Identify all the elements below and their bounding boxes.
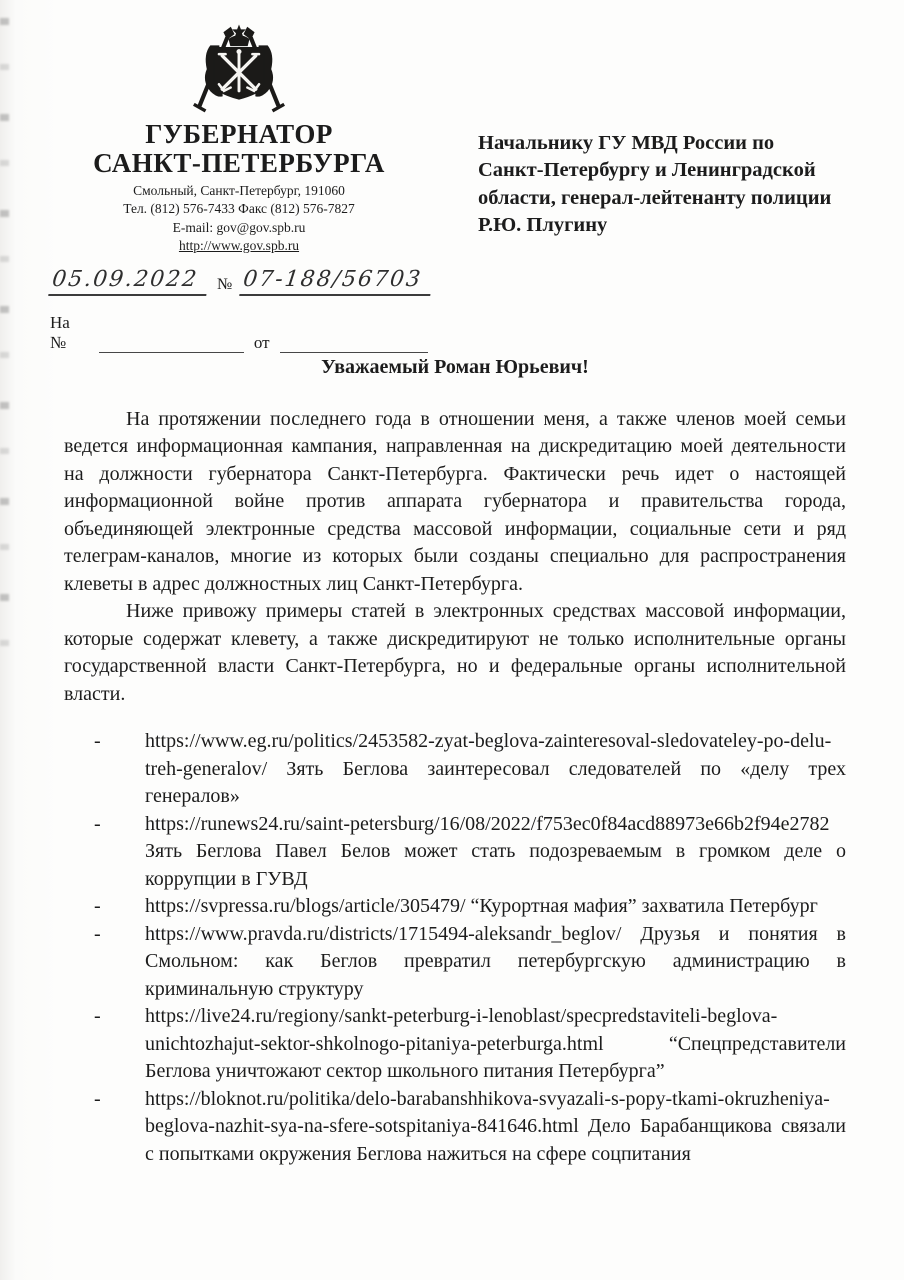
list-dash-marker: - [94, 728, 101, 756]
article-link-text: https://www.eg.ru/politics/2453582-zyat-… [145, 730, 846, 807]
recipient-name: Р.Ю. Плугину [478, 212, 856, 239]
org-phone-fax: Тел. (812) 576-7433 Факс (812) 576-7827 [50, 200, 428, 217]
salutation: Уважаемый Роман Юрьевич! [64, 354, 846, 382]
letterhead: ГУБЕРНАТОР САНКТ-ПЕТЕРБУРГА Смольный, Са… [50, 24, 428, 353]
article-link-text: https://bloknot.ru/politika/delo-baraban… [145, 1088, 846, 1165]
org-address: Смольный, Санкт-Петербург, 191060 [50, 182, 428, 199]
article-link-text: https://runews24.ru/saint-petersburg/16/… [145, 813, 846, 890]
letter-body: Уважаемый Роман Юрьевич! На протяжении п… [64, 340, 846, 1168]
list-dash-marker: - [94, 811, 101, 839]
article-link-text: https://svpressa.ru/blogs/article/305479… [145, 895, 818, 917]
recipient-block: Начальнику ГУ МВД России по Санкт-Петерб… [478, 130, 856, 239]
list-dash-marker: - [94, 921, 101, 949]
list-dash-marker: - [94, 893, 101, 921]
outgoing-reference-line: 05.09.2022 № 07-188/56703 [50, 267, 428, 296]
handwritten-date: 05.09.2022 [48, 267, 210, 296]
spb-coat-of-arms-icon [180, 24, 298, 116]
recipient-line: Начальнику ГУ МВД России по [478, 130, 856, 157]
paragraph: Ниже привожу примеры статей в электронны… [64, 598, 846, 708]
recipient-line: области, генерал-лейтенанту полиции [478, 185, 856, 212]
list-item: - https://runews24.ru/saint-petersburg/1… [64, 811, 846, 894]
list-item: - https://svpressa.ru/blogs/article/3054… [64, 893, 846, 921]
org-title-line1: ГУБЕРНАТОР [50, 120, 428, 149]
article-links-list: - https://www.eg.ru/politics/2453582-zya… [64, 728, 846, 1168]
handwritten-number: 07-188/56703 [239, 267, 433, 296]
org-website: http://www.gov.spb.ru [50, 237, 428, 254]
list-item: - https://bloknot.ru/politika/delo-barab… [64, 1086, 846, 1169]
article-link-text: https://live24.ru/regiony/sankt-peterbur… [145, 1005, 846, 1082]
list-dash-marker: - [94, 1003, 101, 1031]
number-sign: № [217, 276, 232, 296]
list-item: - https://www.eg.ru/politics/2453582-zya… [64, 728, 846, 811]
scan-edge-artifact [0, 18, 9, 658]
recipient-line: Санкт-Петербургу и Ленинградской [478, 157, 856, 184]
article-link-text: https://www.pravda.ru/districts/1715494-… [145, 923, 846, 1000]
list-item: - https://live24.ru/regiony/sankt-peterb… [64, 1003, 846, 1086]
list-dash-marker: - [94, 1086, 101, 1114]
paragraph: На протяжении последнего года в отношени… [64, 406, 846, 599]
org-title-line2: САНКТ-ПЕТЕРБУРГА [50, 149, 428, 178]
list-item: - https://www.pravda.ru/districts/171549… [64, 921, 846, 1004]
scanned-letter-page: ГУБЕРНАТОР САНКТ-ПЕТЕРБУРГА Смольный, Са… [0, 0, 904, 1280]
org-email: E-mail: gov@gov.spb.ru [50, 219, 428, 236]
